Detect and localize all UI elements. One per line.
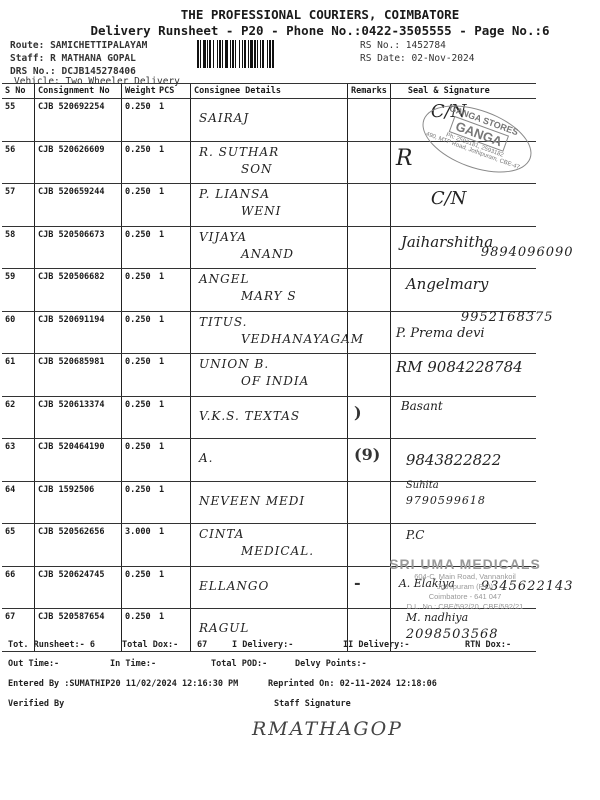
consignee-handwriting: RAGUL <box>199 621 249 635</box>
rs-no-value: 1452784 <box>406 40 446 51</box>
consignee-handwriting: MEDICAL. <box>241 544 314 558</box>
weight-value: 0.250 <box>125 272 159 282</box>
weight-pcs-cell: 3.0001 <box>122 524 191 567</box>
weight-value: 3.000 <box>125 527 159 537</box>
sno-cell: 57 <box>2 184 35 227</box>
sri-uma-medicals-stamp: SRI UMA MEDICALS 604-C, Main Road, Vanna… <box>385 556 545 612</box>
sno-cell: 61 <box>2 354 35 397</box>
consignee-handwriting: R. SUTHAR <box>199 145 279 159</box>
consignee-cell: UNION B.OF INDIA <box>191 354 348 397</box>
sno-cell: 65 <box>2 524 35 567</box>
weight-pcs-cell: 0.2501 <box>122 141 191 184</box>
consignee-handwriting: SAIRAJ <box>199 111 249 125</box>
weight-pcs-cell: 0.2501 <box>122 269 191 312</box>
route-value: SAMICHETTIPALAYAM <box>50 40 147 51</box>
recipient-signature: C/N <box>431 188 467 209</box>
consignment-cell: CJB 520613374 <box>35 396 122 439</box>
consignee-cell: P. LIANSAWENI <box>191 184 348 227</box>
consignee-handwriting: ANAND <box>241 247 294 261</box>
signature-cell: Suhita9790599618 <box>390 481 536 524</box>
weight-pcs-cell: 0.2501 <box>122 439 191 482</box>
verified-by: Verified By <box>8 699 64 709</box>
pcs-value: 1 <box>159 102 164 112</box>
consignment-cell: CJB 520626609 <box>35 141 122 184</box>
consignment-cell: CJB 1592506 <box>35 481 122 524</box>
table-row: 63 CJB 520464190 0.2501 A. (9) 984382282… <box>2 439 536 482</box>
table-row: 58 CJB 520506673 0.2501 VIJAYAANAND Jaih… <box>2 226 536 269</box>
rs-date-value: 02-Nov-2024 <box>412 53 475 64</box>
recipient-phone: 9952168375 <box>461 310 554 325</box>
signature-cell: Angelmary <box>390 269 536 312</box>
sno-cell: 59 <box>2 269 35 312</box>
recipient-signature: Basant <box>401 399 443 413</box>
sno-cell: 60 <box>2 311 35 354</box>
col-weight-pcs: WeightPCS <box>122 84 191 99</box>
pcs-value: 1 <box>159 442 164 452</box>
total-dox-label: Total Dox:- <box>122 640 178 650</box>
reprinted-on: Reprinted On: 02-11-2024 12:18:06 <box>268 679 437 689</box>
route-field: Route: SAMICHETTIPALAYAM <box>10 40 147 51</box>
entered-by: Entered By :SUMATHIP20 11/02/2024 12:16:… <box>8 679 238 689</box>
pcs-value: 1 <box>159 400 164 410</box>
col-remarks: Remarks <box>348 84 391 99</box>
pcs-value: 1 <box>159 357 164 367</box>
consignment-cell: CJB 520624745 <box>35 566 122 609</box>
weight-value: 0.250 <box>125 315 159 325</box>
weight-value: 0.250 <box>125 612 159 622</box>
runsheet-subtitle: Delivery Runsheet - P20 - Phone No.:0422… <box>20 23 600 38</box>
pcs-value: 1 <box>159 612 164 622</box>
remarks-cell <box>348 269 391 312</box>
consignment-cell: CJB 520692254 <box>35 99 122 142</box>
consignment-cell: CJB 520562656 <box>35 524 122 567</box>
remarks-cell <box>348 226 391 269</box>
recipient-phone: 9790599618 <box>406 494 486 507</box>
pcs-value: 1 <box>159 187 164 197</box>
sno-cell: 63 <box>2 439 35 482</box>
pcs-value: 1 <box>159 145 164 155</box>
weight-value: 0.250 <box>125 187 159 197</box>
consignee-handwriting: ANGEL <box>199 272 249 286</box>
rs-no-field: RS No.: 1452784 <box>360 40 446 51</box>
weight-pcs-cell: 0.2501 <box>122 184 191 227</box>
col-signature: Seal & Signature <box>390 84 536 99</box>
pcs-value: 1 <box>159 570 164 580</box>
consignment-cell: CJB 520691194 <box>35 311 122 354</box>
consignee-handwriting: NEVEEN MEDI <box>199 494 305 508</box>
weight-value: 0.250 <box>125 485 159 495</box>
rs-date-field: RS Date: 02-Nov-2024 <box>360 53 474 64</box>
consignee-handwriting: A. <box>199 451 213 465</box>
recipient-signature: Jaiharshitha <box>401 233 493 251</box>
table-row: 59 CJB 520506682 0.2501 ANGELMARY S Ange… <box>2 269 536 312</box>
consignee-handwriting: OF INDIA <box>241 374 309 388</box>
remarks-cell <box>348 141 391 184</box>
total-pod: Total POD:- <box>211 659 267 669</box>
table-row: 60 CJB 520691194 0.2501 TITUS.VEDHANAYAG… <box>2 311 536 354</box>
consignee-handwriting: P. LIANSA <box>199 187 270 201</box>
table-header-row: S No Consignment No WeightPCS Consignee … <box>2 84 536 99</box>
sno-cell: 62 <box>2 396 35 439</box>
consignee-handwriting: V.K.S. TEXTAS <box>199 409 300 423</box>
recipient-signature: M. nadhiya <box>406 611 468 624</box>
total-dox-value: 67 <box>197 640 207 650</box>
recipient-signature: 9843822822 <box>406 451 501 469</box>
table-row: 64 CJB 1592506 0.2501 NEVEEN MEDI Suhita… <box>2 481 536 524</box>
sno-cell: 58 <box>2 226 35 269</box>
consignee-cell: V.K.S. TEXTAS <box>191 396 348 439</box>
consignment-cell: CJB 520506682 <box>35 269 122 312</box>
table-row: 61 CJB 520685981 0.2501 UNION B.OF INDIA… <box>2 354 536 397</box>
signature-cell: 9843822822 <box>390 439 536 482</box>
remarks-cell <box>348 481 391 524</box>
ii-delivery: II Delivery:- <box>343 640 410 650</box>
consignee-cell: VIJAYAANAND <box>191 226 348 269</box>
recipient-signature: P. Prema devi <box>396 326 485 341</box>
weight-pcs-cell: 0.2501 <box>122 481 191 524</box>
table-row: 62 CJB 520613374 0.2501 V.K.S. TEXTAS ) … <box>2 396 536 439</box>
remarks-cell <box>348 524 391 567</box>
sno-cell: 66 <box>2 566 35 609</box>
recipient-phone: 9894096090 <box>481 245 574 260</box>
remarks-cell: - <box>348 566 391 609</box>
weight-pcs-cell: 0.2501 <box>122 396 191 439</box>
weight-value: 0.250 <box>125 102 159 112</box>
staff-signature-label: Staff Signature <box>274 699 351 709</box>
remarks-cell: ) <box>348 396 391 439</box>
signature-cell: Jaiharshitha9894096090 <box>390 226 536 269</box>
consignee-handwriting: VIJAYA <box>199 230 247 244</box>
signature-cell: C/N <box>390 184 536 227</box>
consignee-cell: TITUS.VEDHANAYAGAM <box>191 311 348 354</box>
remarks-cell <box>348 99 391 142</box>
pcs-value: 1 <box>159 315 164 325</box>
signature-cell: M. nadhiya2098503568 <box>390 609 536 652</box>
pcs-value: 1 <box>159 527 164 537</box>
staff-value: R MATHANA GOPAL <box>50 53 136 64</box>
consignee-cell: A. <box>191 439 348 482</box>
signature-cell: Basant <box>390 396 536 439</box>
weight-pcs-cell: 0.2501 <box>122 226 191 269</box>
sno-cell: 56 <box>2 141 35 184</box>
pcs-value: 1 <box>159 272 164 282</box>
weight-pcs-cell: 0.2501 <box>122 99 191 142</box>
consignee-handwriting: ELLANGO <box>199 579 269 593</box>
weight-value: 0.250 <box>125 442 159 452</box>
weight-value: 0.250 <box>125 230 159 240</box>
remarks-cell: (9) <box>348 439 391 482</box>
consignee-handwriting: MARY S <box>241 289 297 303</box>
signature-cell: RM 9084228784 <box>390 354 536 397</box>
consignee-cell: CINTAMEDICAL. <box>191 524 348 567</box>
recipient-signature: Angelmary <box>406 275 489 293</box>
consignee-cell: NEVEEN MEDI <box>191 481 348 524</box>
recipient-signature: RM 9084228784 <box>396 358 523 376</box>
consignee-handwriting: CINTA <box>199 527 244 541</box>
remarks-mark: ) <box>354 403 362 422</box>
remarks-cell <box>348 184 391 227</box>
recipient-signature: Suhita <box>406 480 439 491</box>
remarks-mark: (9) <box>354 445 380 464</box>
consignment-cell: CJB 520659244 <box>35 184 122 227</box>
pcs-value: 1 <box>159 485 164 495</box>
weight-pcs-cell: 0.2501 <box>122 311 191 354</box>
recipient-signature: R <box>396 146 413 171</box>
staff-field: Staff: R MATHANA GOPAL <box>10 53 136 64</box>
remarks-mark: - <box>354 573 361 592</box>
weight-pcs-cell: 0.2501 <box>122 354 191 397</box>
out-time: Out Time:- <box>8 659 59 669</box>
weight-value: 0.250 <box>125 400 159 410</box>
sno-cell: 64 <box>2 481 35 524</box>
consignee-handwriting: SON <box>241 162 273 176</box>
col-consignment: Consignment No <box>35 84 122 99</box>
recipient-signature: P.C <box>406 528 425 542</box>
signature-cell: P. Prema devi9952168375 <box>390 311 536 354</box>
consignee-handwriting: WENI <box>241 204 281 218</box>
consignee-cell: ANGELMARY S <box>191 269 348 312</box>
weight-value: 0.250 <box>125 570 159 580</box>
staff-signature: RMATHAGOP <box>252 718 403 740</box>
in-time: In Time:- <box>110 659 156 669</box>
sno-cell: 55 <box>2 99 35 142</box>
consignee-handwriting: UNION B. <box>199 357 269 371</box>
col-consignee: Consignee Details <box>191 84 348 99</box>
weight-value: 0.250 <box>125 357 159 367</box>
consignment-cell: CJB 520506673 <box>35 226 122 269</box>
delvy-points: Delvy Points:- <box>295 659 367 669</box>
weight-value: 0.250 <box>125 145 159 155</box>
col-sno: S No <box>2 84 35 99</box>
i-delivery: I Delivery:- <box>232 640 293 650</box>
pcs-value: 1 <box>159 230 164 240</box>
rtn-dox: RTN Dox:- <box>465 640 511 650</box>
company-title: THE PROFESSIONAL COURIERS, COIMBATORE <box>20 7 600 22</box>
barcode <box>197 40 335 68</box>
consignee-handwriting: VEDHANAYAGAM <box>241 332 364 346</box>
table-row: 57 CJB 520659244 0.2501 P. LIANSAWENI C/… <box>2 184 536 227</box>
consignee-cell: ELLANGO <box>191 566 348 609</box>
weight-pcs-cell: 0.2501 <box>122 566 191 609</box>
remarks-cell <box>348 354 391 397</box>
consignment-cell: CJB 520685981 <box>35 354 122 397</box>
tot-runsheet: Tot. Runsheet:- 6 <box>8 640 95 650</box>
consignment-cell: CJB 520464190 <box>35 439 122 482</box>
remarks-cell <box>348 311 391 354</box>
consignee-handwriting: TITUS. <box>199 315 247 329</box>
barcode-bar <box>274 40 275 68</box>
consignee-cell: R. SUTHARSON <box>191 141 348 184</box>
consignee-cell: SAIRAJ <box>191 99 348 142</box>
